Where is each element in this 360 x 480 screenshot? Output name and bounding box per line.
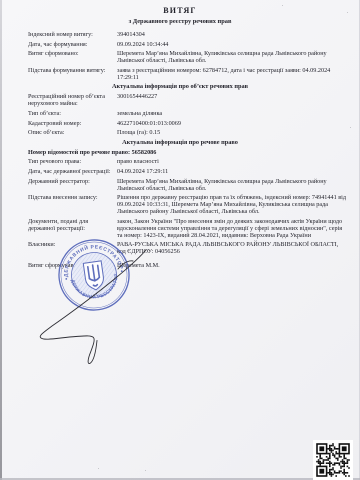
field-value: Шеремета М.М.	[117, 262, 346, 269]
field-row-registration-number: Реєстраційний номер об’єкта нерухомого м…	[28, 93, 346, 107]
state-registrar-seal-icon: ДЕРЖАВНИЙ РЕЄСТРАТОР ДЕРЖАВНИЙ РЕЄСТРАТО…	[56, 237, 132, 313]
field-label: Підстава формування витягу:	[28, 67, 117, 81]
field-row-entry-basis: Підстава внесення запису: Рішення про де…	[28, 194, 346, 215]
field-value: Шеремета Мар’яна Михайлівна, Куликівська…	[117, 50, 346, 64]
scan-edge-left	[0, 0, 2, 480]
qr-code-icon	[313, 440, 353, 480]
scan-speck	[98, 468, 99, 469]
field-value: земельна ділянка	[117, 110, 346, 117]
record-number-line: Номер відомостей про речове право: 56582…	[28, 149, 346, 156]
field-value: заява з реєстраційним номером: 62784712,…	[117, 67, 346, 81]
field-value: Рішення про державну реєстрацію прав та …	[117, 194, 346, 215]
field-value: право власності	[117, 158, 346, 165]
field-value: Шеремета Мар’яна Михайлівна, Куликівська…	[117, 178, 346, 192]
field-label: Витяг сформовано:	[28, 50, 117, 64]
field-label: Документи, подані для державної реєстрац…	[28, 218, 117, 239]
field-label: Кадастровий номер:	[28, 120, 117, 127]
section-heading-property-right: Актуальна інформація про речове право	[0, 139, 360, 146]
field-label: Реєстраційний номер об’єкта нерухомого м…	[28, 93, 117, 107]
scan-speck	[350, 127, 351, 128]
document-subtitle: з Державного реєстру речових прав	[0, 18, 360, 25]
field-value: 394014304	[117, 31, 346, 38]
field-row-right-type: Тип речового права: право власності	[28, 158, 346, 165]
field-value: РАВА-РУСЬКА МІСЬКА РАДА ЛЬВІВСЬКОГО РАЙО…	[117, 241, 346, 255]
field-value: закон, Закон України "Про внесення змін …	[117, 218, 346, 239]
field-value: 4622710400:01:013:0069	[117, 120, 346, 127]
field-label: Підстава внесення запису:	[28, 194, 117, 215]
extract-document-page: ВИТЯГ з Державного реєстру речових прав …	[0, 0, 360, 480]
field-row-cadastral-number: Кадастровий номер: 4622710400:01:013:006…	[28, 120, 346, 127]
field-row-object-type: Тип об’єкта: земельна ділянка	[28, 110, 346, 117]
field-value: 09.09.2024 10:34:44	[117, 41, 346, 48]
field-row-formation-basis: Підстава формування витягу: заява з реєс…	[28, 67, 346, 81]
field-value: 3001654446227	[117, 93, 346, 107]
field-value: Площа (га): 0.15	[117, 129, 346, 136]
field-row-formed-by: Витяг сформовано: Шеремета Мар’яна Михай…	[28, 50, 346, 64]
field-row-index-number: Індексний номер витягу: 394014304	[28, 31, 346, 38]
field-row-object-description: Опис об’єкта: Площа (га): 0.15	[28, 129, 346, 136]
field-row-state-registrar: Державний реєстратор: Шеремета Мар’яна М…	[28, 178, 346, 192]
scan-speck	[347, 12, 348, 13]
field-value: 04.09.2024 17:29:11	[117, 168, 346, 175]
document-body: Індексний номер витягу: 394014304 Дата, …	[0, 31, 360, 269]
field-label: Державний реєстратор:	[28, 178, 117, 192]
document-title: ВИТЯГ	[0, 6, 360, 15]
field-row-state-registration-datetime: Дата, час державної реєстрації: 04.09.20…	[28, 168, 346, 175]
scan-speck	[282, 5, 283, 6]
field-label: Тип об’єкта:	[28, 110, 117, 117]
field-label: Тип речового права:	[28, 158, 117, 165]
scan-speck	[145, 470, 146, 471]
field-row-submitted-documents: Документи, подані для державної реєстрац…	[28, 218, 346, 239]
field-label: Дата, час формування:	[28, 41, 117, 48]
field-row-formation-datetime: Дата, час формування: 09.09.2024 10:34:4…	[28, 41, 346, 48]
field-label: Опис об’єкта:	[28, 129, 117, 136]
field-label: Дата, час державної реєстрації:	[28, 168, 117, 175]
field-label: Індексний номер витягу:	[28, 31, 117, 38]
section-heading-object-info: Актуальна інформація про об’єкт речових …	[0, 83, 360, 90]
